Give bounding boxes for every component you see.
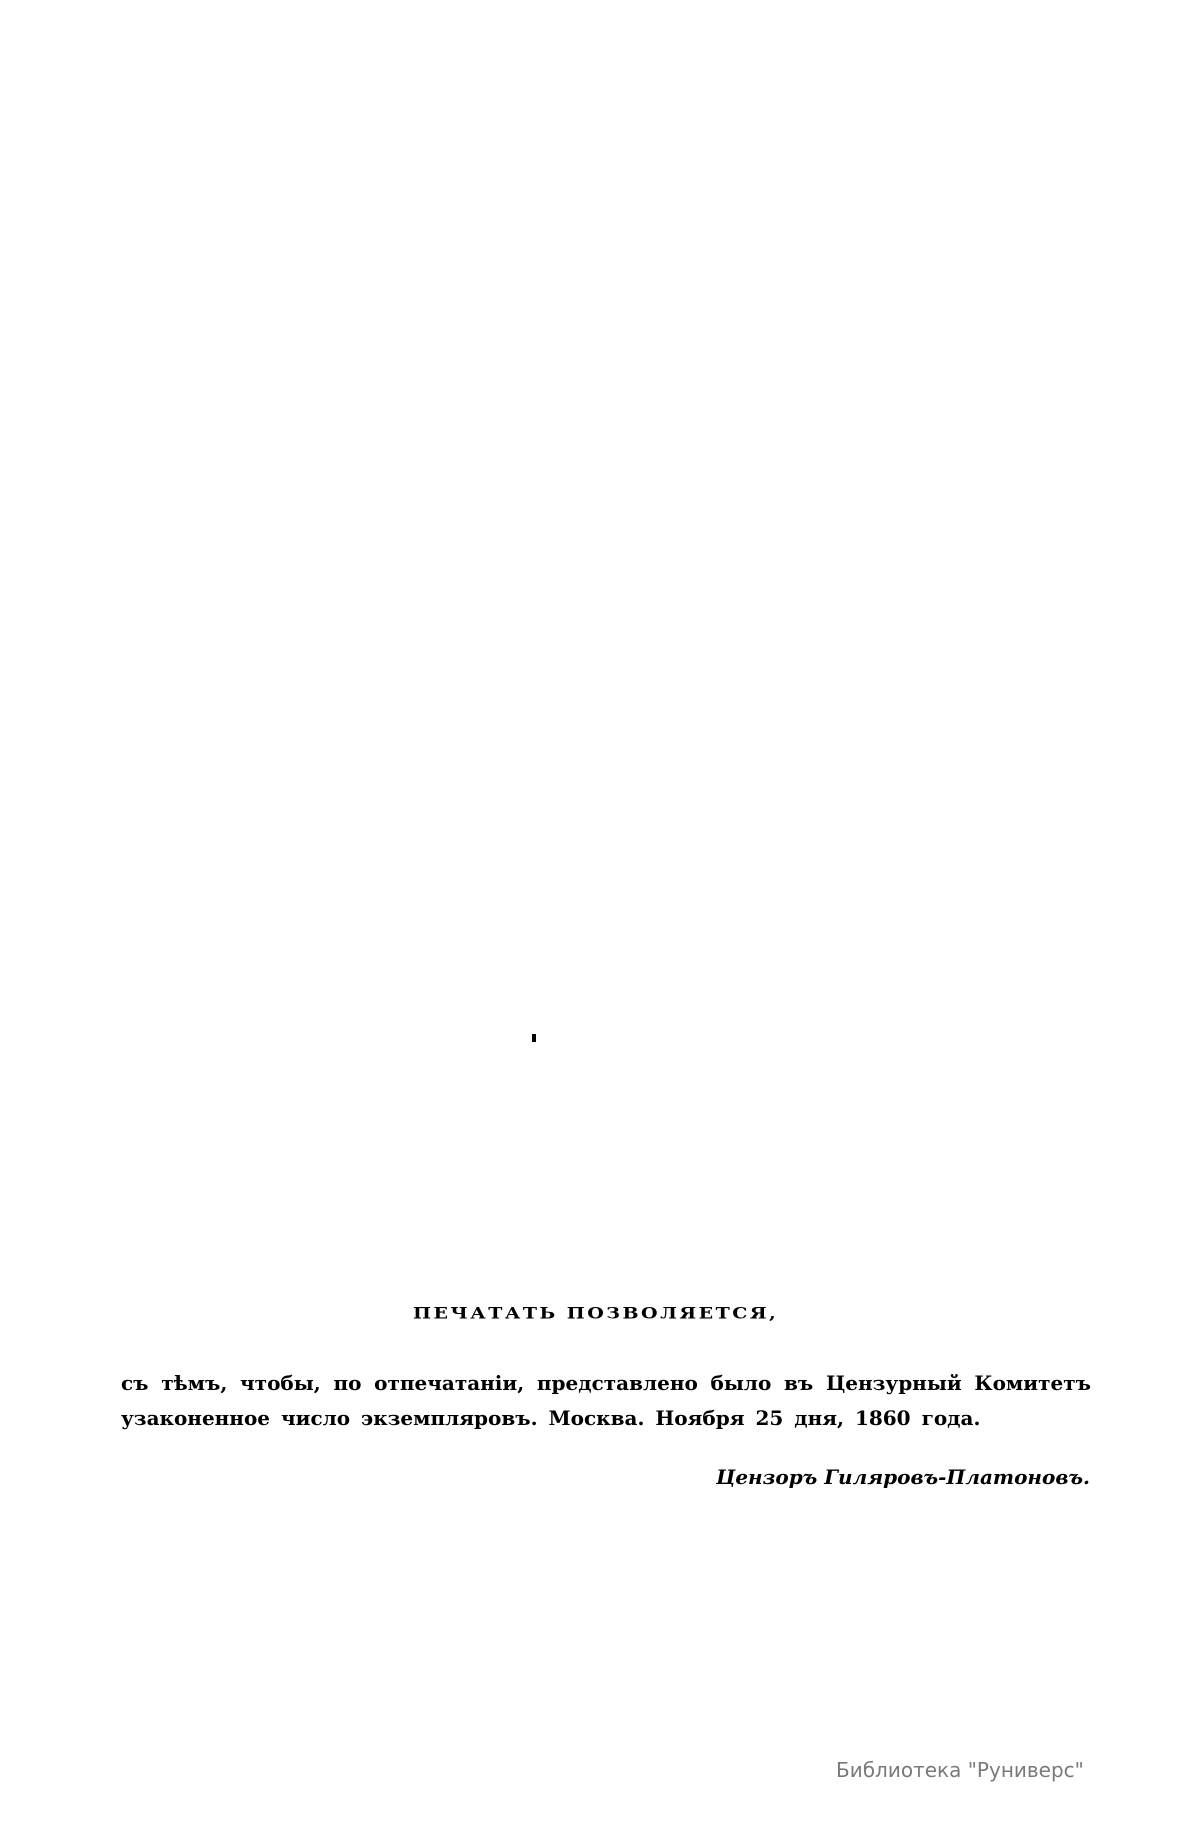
paragraph-line-1: съ тѣмъ, чтобы, по отпечатаніи, представ… — [121, 1366, 1091, 1401]
print-speck — [532, 1034, 536, 1042]
censorship-paragraph: съ тѣмъ, чтобы, по отпечатаніи, представ… — [121, 1366, 1091, 1436]
censorship-heading: ПЕЧАТАТЬ ПОЗВОЛЯЕТСЯ, — [413, 1304, 793, 1323]
library-watermark: Библиотека "Руниверс" — [836, 1758, 1084, 1782]
censor-signature: Цензоръ Гиляровъ-Платоновъ. — [716, 1465, 1090, 1489]
paragraph-line-2: узаконенное число экземпляровъ. Москва. … — [121, 1401, 1091, 1436]
